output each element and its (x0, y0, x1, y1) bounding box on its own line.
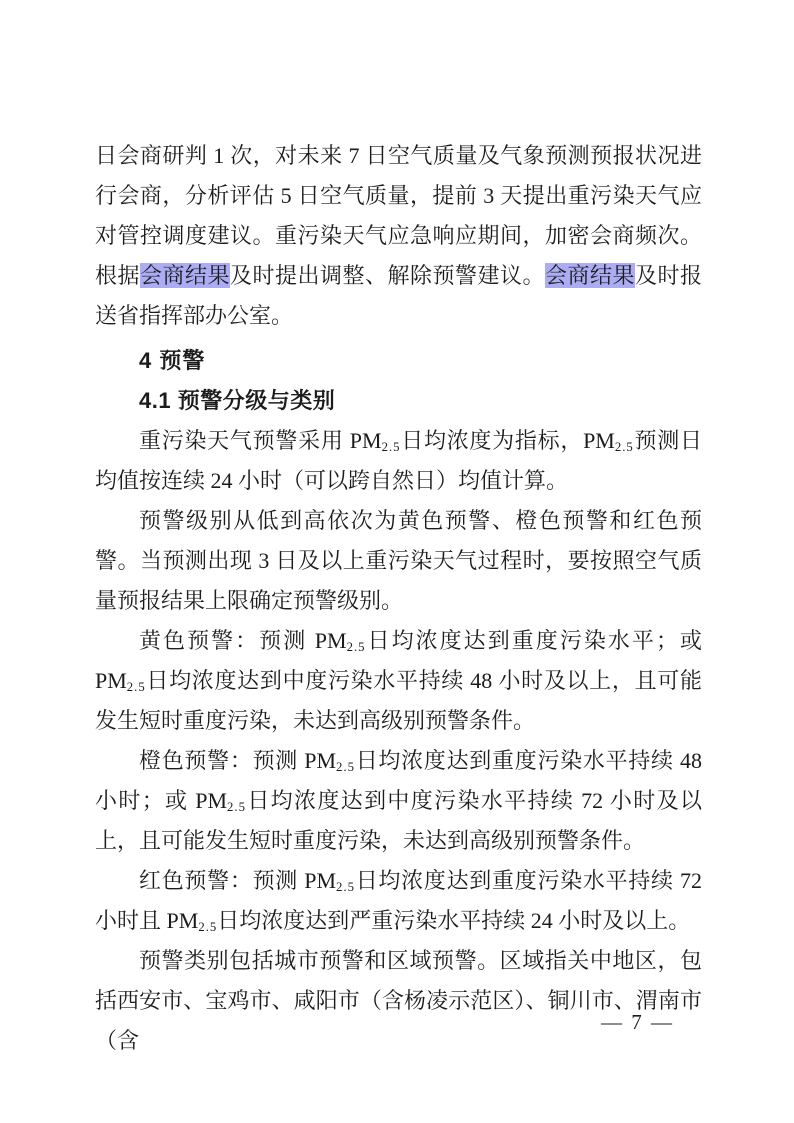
page-number: — 7 — (601, 1008, 674, 1036)
subscript: 2.5 (336, 760, 355, 774)
paragraph: 红色预警：预测 PM2.5日均浓度达到重度污染水平持续 72 小时且 PM2.5… (95, 861, 702, 941)
subscript: 2.5 (347, 640, 366, 654)
text-run: 及时提出调整、解除预警建议。 (230, 263, 545, 288)
highlighted-text: 会商结果 (140, 263, 230, 288)
text-run: 预警类别包括城市预警和区域预警。区域指关中地区，包括西安市、宝鸡市、咸阳市（含杨… (95, 948, 702, 1053)
text-run: PM2.5 (167, 908, 218, 933)
text-run: PM2.5 (304, 748, 355, 773)
subscript: 2.5 (336, 880, 355, 894)
document-page: 日会商研判 1 次，对未来 7 日空气质量及气象预测预报状况进行会商，分析评估 … (0, 0, 794, 1123)
text-run: 黄色预警：预测 (139, 628, 315, 653)
text-run: PM2.5 (350, 428, 401, 453)
subsection-heading: 4.1 预警分级与类别 (95, 381, 702, 421)
text-run: 红色预警：预测 (139, 868, 304, 893)
document-body: 日会商研判 1 次，对未来 7 日空气质量及气象预测预报状况进行会商，分析评估 … (95, 136, 702, 1061)
text-run: 日均浓度达到重度污染水平；或 (366, 628, 702, 653)
text-run: 日均浓度达到中度污染水平持续 48 小时及以上，且可能发生短时重度污染，未达到高… (95, 668, 702, 733)
subscript: 2.5 (227, 800, 246, 814)
text-run: 预警级别从低到高依次为黄色预警、橙色预警和红色预警。当预测出现 3 日及以上重污… (95, 508, 702, 613)
text-run: 日均浓度达到严重污染水平持续 24 小时及以上。 (217, 908, 690, 933)
subscript: 2.5 (198, 920, 217, 934)
paragraph: 黄色预警：预测 PM2.5日均浓度达到重度污染水平；或 PM2.5日均浓度达到中… (95, 621, 702, 741)
text-run: PM2.5 (95, 668, 146, 693)
text-run: 重污染天气预警采用 (139, 428, 350, 453)
text-run: 日均浓度为指标， (401, 428, 584, 453)
paragraph: 重污染天气预警采用 PM2.5日均浓度为指标，PM2.5预测日均值按连续 24 … (95, 421, 702, 501)
highlighted-text: 会商结果 (545, 263, 635, 288)
paragraph: 日会商研判 1 次，对未来 7 日空气质量及气象预测预报状况进行会商，分析评估 … (95, 136, 702, 336)
text-run: PM2.5 (304, 868, 355, 893)
subscript: 2.5 (127, 680, 146, 694)
paragraph: 预警类别包括城市预警和区域预警。区域指关中地区，包括西安市、宝鸡市、咸阳市（含杨… (95, 941, 702, 1061)
text-run: PM2.5 (315, 628, 366, 653)
paragraph: 橙色预警：预测 PM2.5日均浓度达到重度污染水平持续 48 小时；或 PM2.… (95, 741, 702, 861)
text-run: 橙色预警：预测 (139, 748, 304, 773)
subscript: 2.5 (615, 440, 634, 454)
chapter-heading: 4 预警 (95, 341, 702, 381)
text-run: PM2.5 (583, 428, 634, 453)
text-run: PM2.5 (195, 788, 246, 813)
subscript: 2.5 (382, 440, 401, 454)
paragraph: 预警级别从低到高依次为黄色预警、橙色预警和红色预警。当预测出现 3 日及以上重污… (95, 501, 702, 621)
